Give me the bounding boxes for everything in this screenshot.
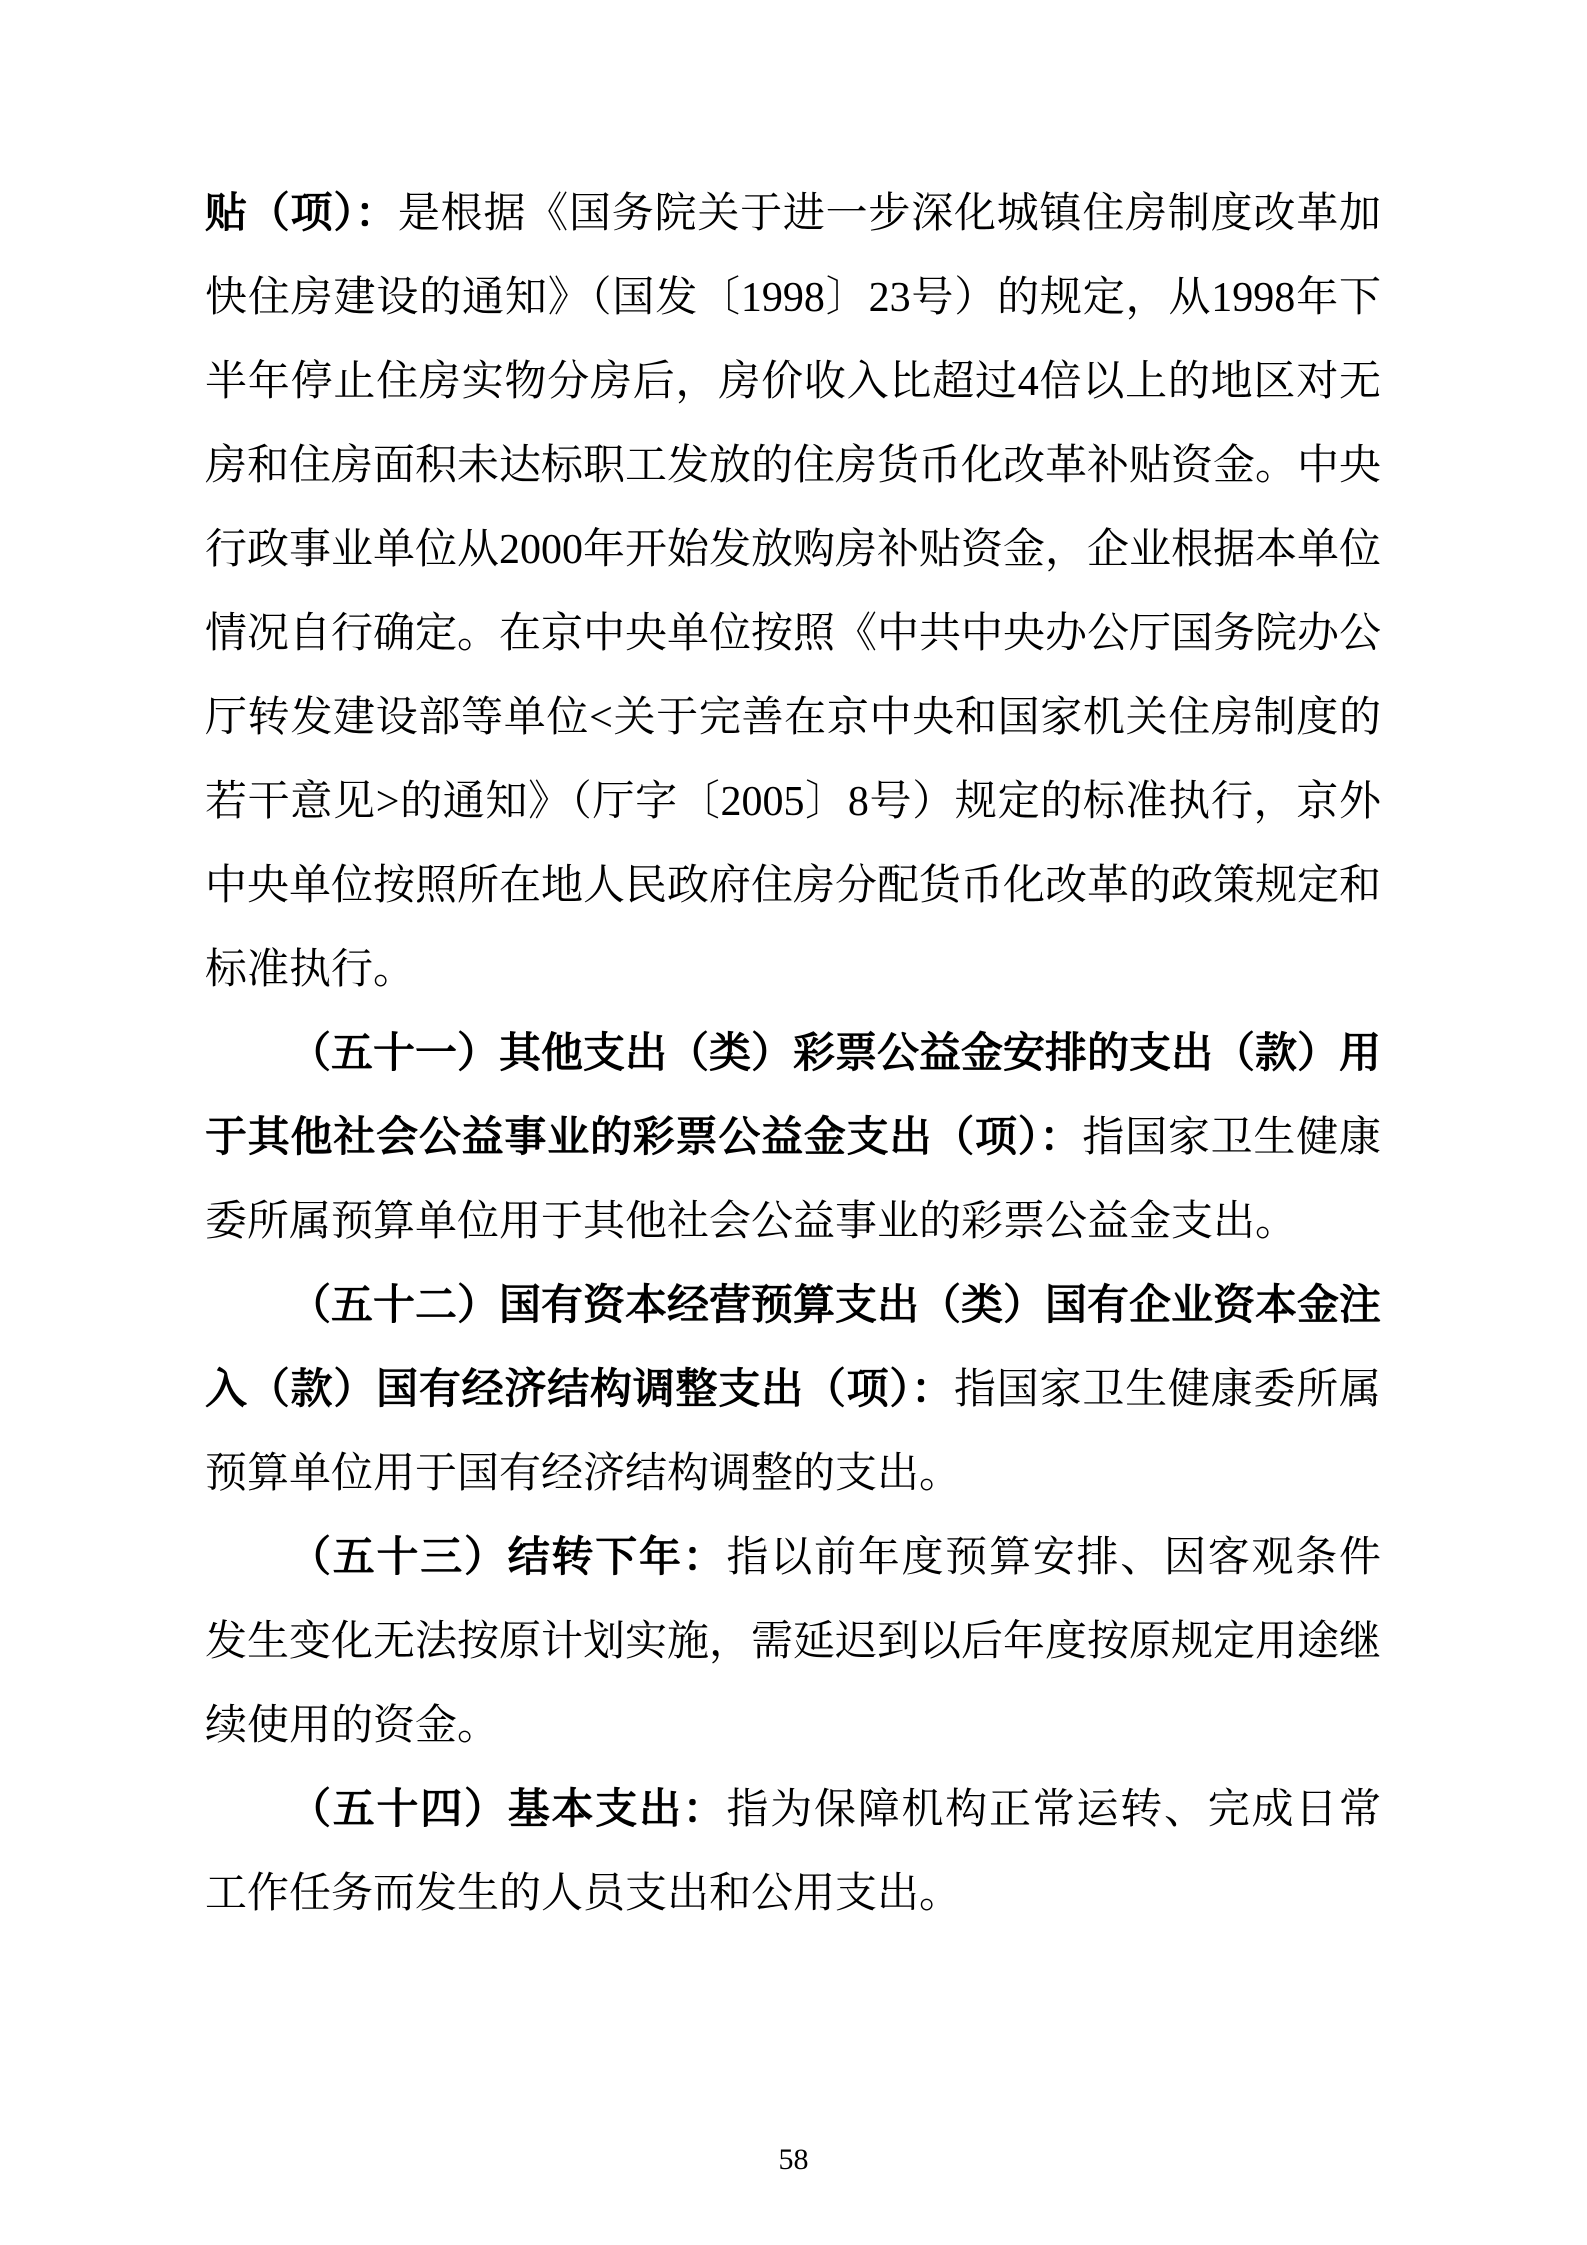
paragraph-item-54: （五十四）基本支出：指为保障机构正常运转、完成日常工作任务而发生的人员支出和公用… bbox=[205, 1768, 1381, 1936]
paragraph-housing-subsidy-continued: 贴（项）：是根据《国务院关于进一步深化城镇住房制度改革加快住房建设的通知》（国发… bbox=[205, 172, 1381, 1012]
defined-term-text: （五十四）基本支出： bbox=[289, 1787, 727, 1833]
paragraph-item-53: （五十三）结转下年：指以前年度预算安排、因客观条件发生变化无法按原计划实施，需延… bbox=[205, 1516, 1381, 1768]
paragraph-item-52: （五十二）国有资本经营预算支出（类）国有企业资本金注入（款）国有经济结构调整支出… bbox=[205, 1264, 1381, 1516]
document-page: 贴（项）：是根据《国务院关于进一步深化城镇住房制度改革加快住房建设的通知》（国发… bbox=[0, 0, 1587, 2245]
paragraph-item-51: （五十一）其他支出（类）彩票公益金安排的支出（款）用于其他社会公益事业的彩票公益… bbox=[205, 1012, 1381, 1264]
defined-term-text: （五十三）结转下年： bbox=[289, 1535, 727, 1581]
document-body: 贴（项）：是根据《国务院关于进一步深化城镇住房制度改革加快住房建设的通知》（国发… bbox=[205, 172, 1381, 1936]
page-number: 58 bbox=[0, 2140, 1587, 2180]
defined-term-text: 贴（项）： bbox=[205, 191, 398, 237]
definition-body-text: 是根据《国务院关于进一步深化城镇住房制度改革加快住房建设的通知》（国发〔1998… bbox=[205, 191, 1381, 993]
